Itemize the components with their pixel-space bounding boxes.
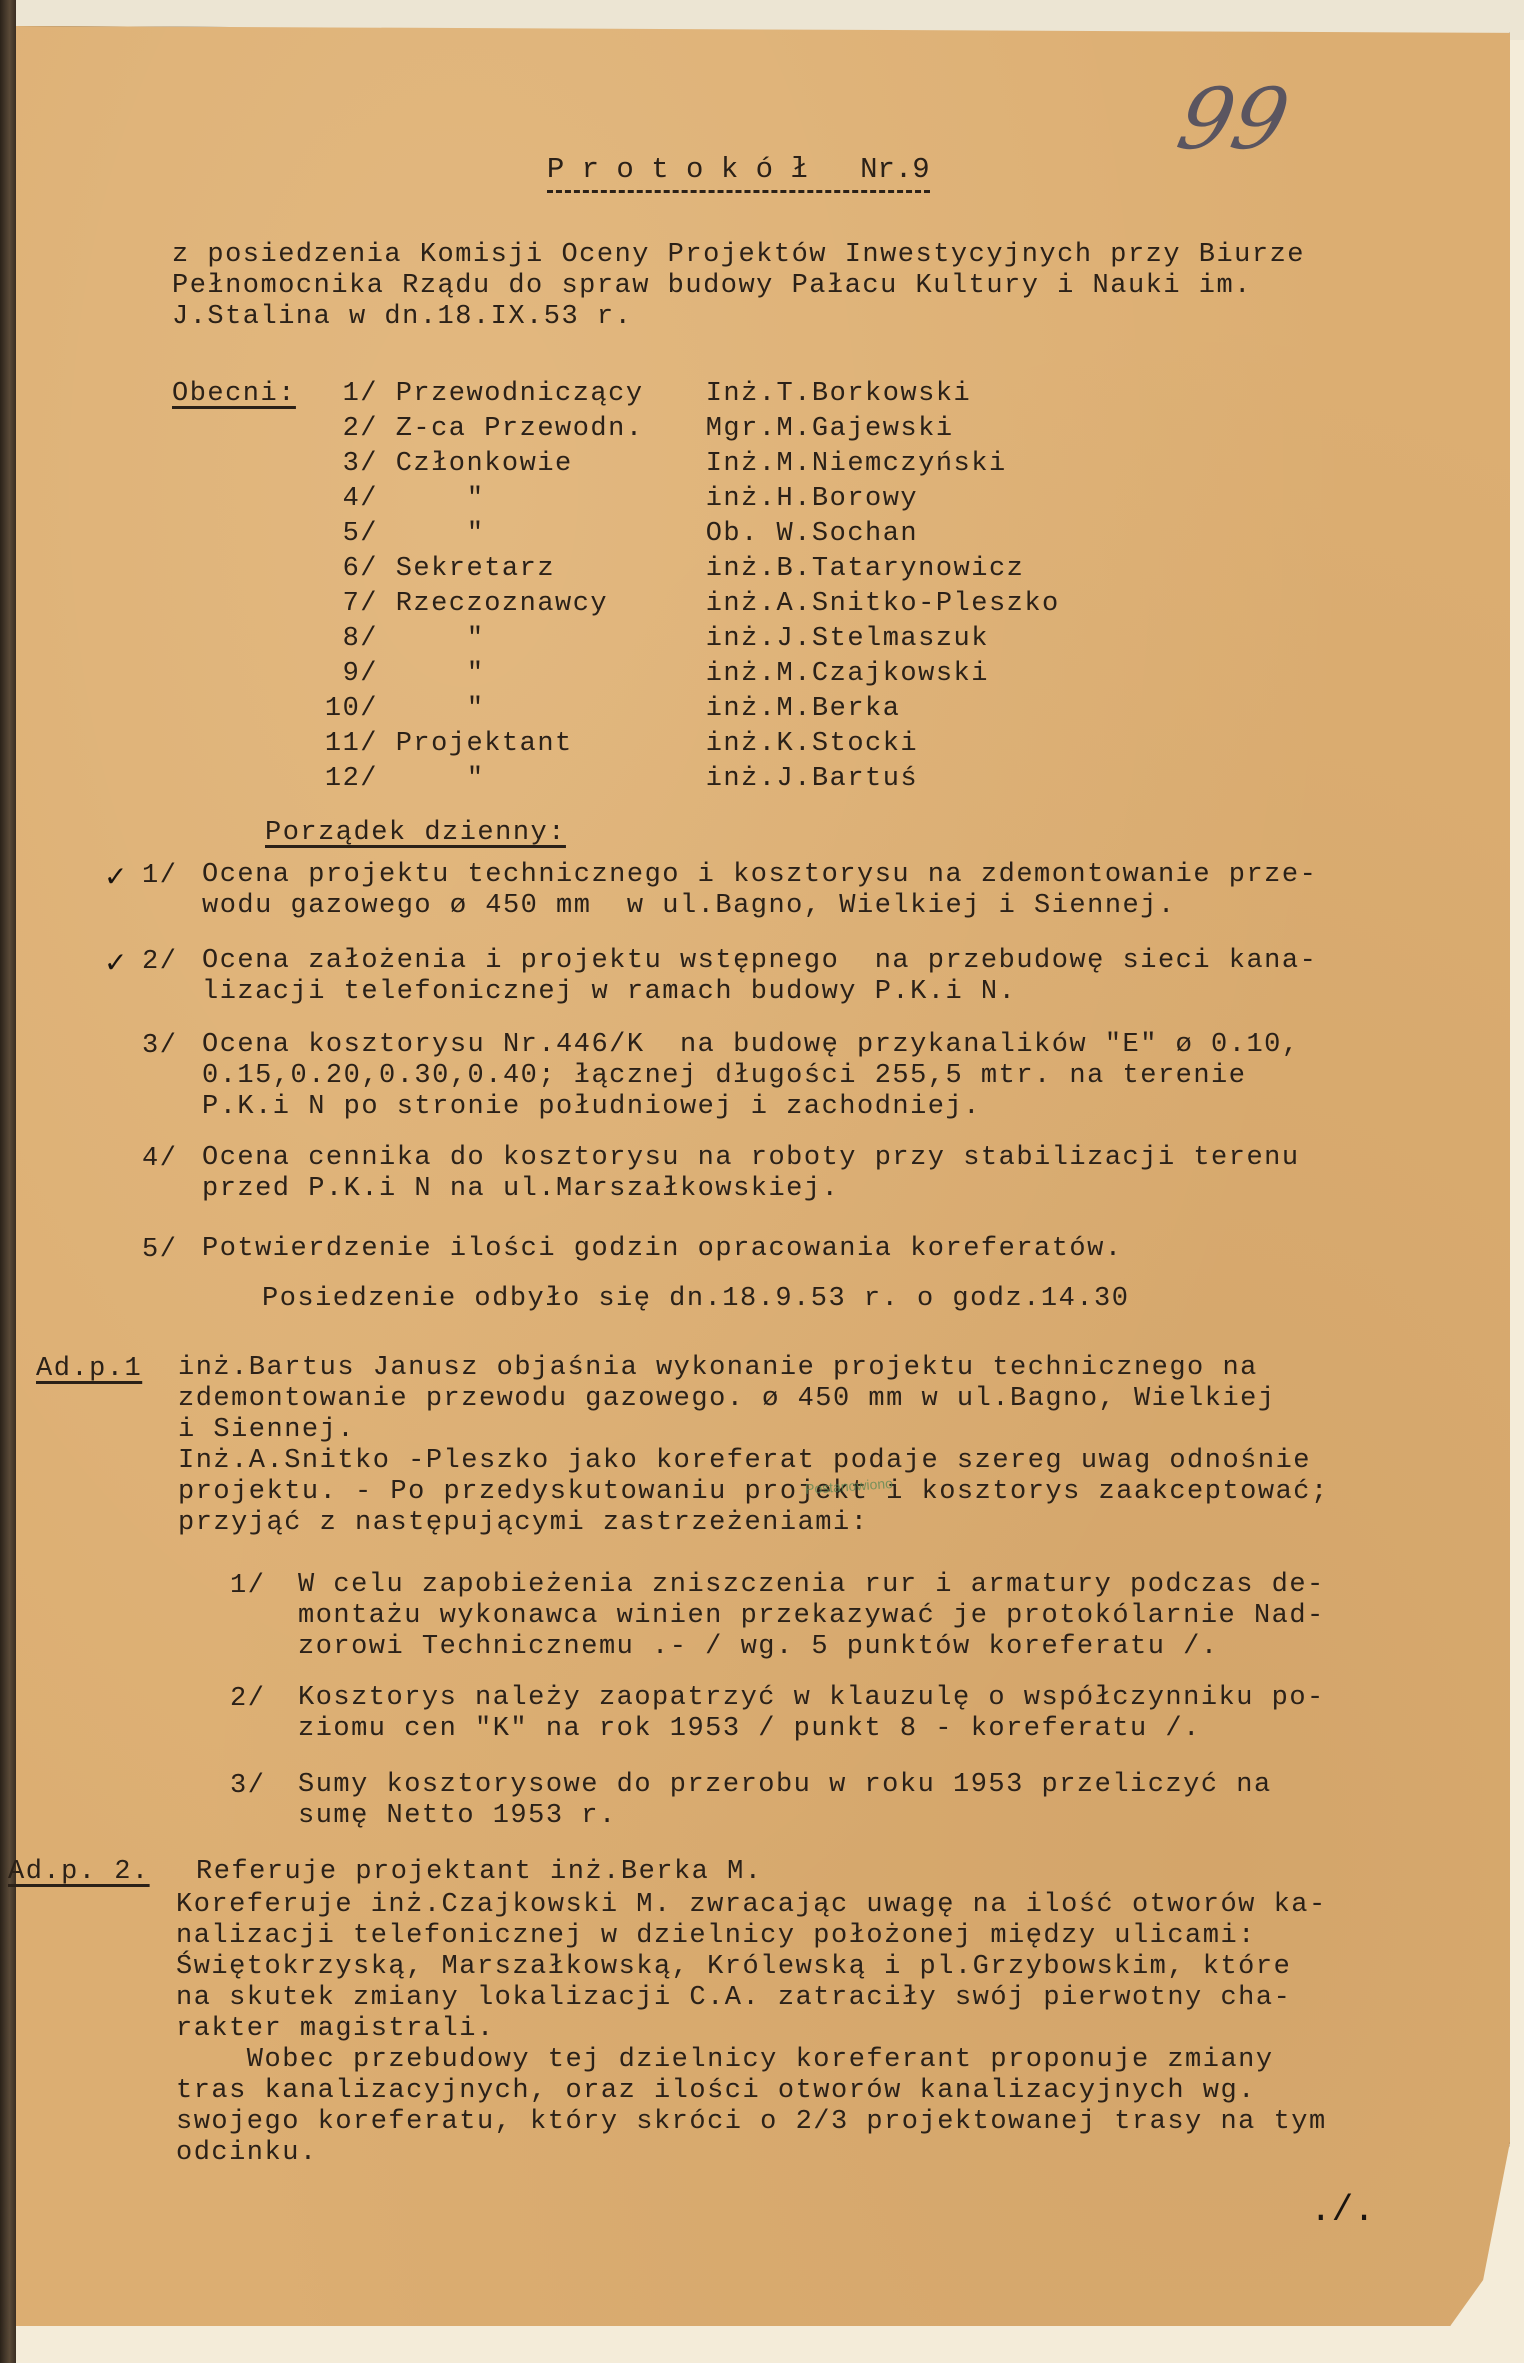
section-line: tras kanalizacyjnych, oraz ilości otworó…: [176, 2076, 1327, 2107]
agenda-line: 0.15,0.20,0.30,0.40; łącznej długości 25…: [202, 1061, 1300, 1092]
attendee-row: 2/ Z-ca Przewodn.Mgr.M.Gajewski: [322, 413, 954, 445]
checkmark-icon: ✓: [104, 860, 127, 893]
title-text: P r o t o k ó ł Nr.9: [547, 153, 930, 193]
attendee-row: 12/ "inż.J.Bartuś: [322, 763, 918, 795]
agenda-item-number: 5/: [142, 1234, 177, 1266]
checkmark-icon: ✓: [104, 946, 127, 979]
condition-2: Kosztorys należy zaopatrzyć w klauzulę o…: [298, 1683, 1325, 1745]
condition-line: sumę Netto 1953 r.: [298, 1801, 1272, 1832]
agenda-item-number: 3/: [142, 1030, 177, 1062]
attendee-row: 10/ "inż.M.Berka: [322, 693, 900, 725]
section-1-label: Ad.p.1: [36, 1353, 142, 1385]
condition-number: 2/: [230, 1683, 265, 1715]
attendee-row: 3/ CzłonkowieInż.M.Niemczyński: [322, 448, 1007, 480]
intro-line: J.Stalina w dn.18.IX.53 r.: [172, 302, 1305, 333]
section-line: projektu. - Po przedyskutowaniu projekt …: [178, 1477, 1329, 1508]
condition-3: Sumy kosztorysowe do przerobu w roku 195…: [298, 1770, 1272, 1832]
section-line: Świętokrzyską, Marszałkowską, Królewską …: [176, 1952, 1327, 1983]
section-line: swojego koreferatu, który skróci o 2/3 p…: [176, 2107, 1327, 2138]
section-line: odcinku.: [176, 2138, 1327, 2169]
attendees-label: Obecni:: [172, 378, 296, 410]
section-line: Inż.A.Snitko -Pleszko jako koreferat pod…: [178, 1446, 1329, 1477]
agenda-line: Ocena założenia i projektu wstępnego na …: [202, 946, 1317, 977]
agenda-item-number: 4/: [142, 1143, 177, 1175]
section-2-body: Koreferuje inż.Czajkowski M. zwracając u…: [176, 1890, 1327, 2169]
condition-number: 1/: [230, 1570, 265, 1602]
condition-line: Kosztorys należy zaopatrzyć w klauzulę o…: [298, 1683, 1325, 1714]
binder-spine: [0, 0, 16, 2363]
condition-line: Sumy kosztorysowe do przerobu w roku 195…: [298, 1770, 1272, 1801]
attendee-row: 6/ Sekretarzinż.B.Tatarynowicz: [322, 553, 1024, 585]
section-line: zdemontowanie przewodu gazowego. ø 450 m…: [178, 1384, 1329, 1415]
section-1-body: inż.Bartus Janusz objaśnia wykonanie pro…: [178, 1353, 1329, 1539]
document-title: P r o t o k ó ł Nr.9: [512, 122, 930, 186]
continuation-mark: ./.: [1310, 2190, 1375, 2231]
section-line: Wobec przebudowy tej dzielnicy koreferan…: [176, 2045, 1327, 2076]
condition-line: ziomu cen "K" na rok 1953 / punkt 8 - ko…: [298, 1714, 1325, 1745]
intro-line: Pełnomocnika Rządu do spraw budowy Pałac…: [172, 271, 1305, 302]
agenda-line: lizacji telefonicznej w ramach budowy P.…: [202, 977, 1317, 1008]
section-line: nalizacji telefonicznej w dzielnicy poło…: [176, 1921, 1327, 1952]
intro-paragraph: z posiedzenia Komisji Oceny Projektów In…: [172, 240, 1305, 333]
agenda-line: Ocena kosztorysu Nr.446/K na budowę przy…: [202, 1030, 1300, 1061]
agenda-line: przed P.K.i N na ul.Marszałkowskiej.: [202, 1174, 1300, 1205]
section-line: rakter magistrali.: [176, 2014, 1327, 2045]
agenda-line: Ocena projektu technicznego i kosztorysu…: [202, 860, 1317, 891]
agenda-item-2: Ocena założenia i projektu wstępnego na …: [202, 946, 1317, 1008]
agenda-item-number: 1/: [142, 860, 177, 892]
agenda-line: wodu gazowego ø 450 mm w ul.Bagno, Wielk…: [202, 891, 1317, 922]
condition-line: zorowi Technicznemu .- / wg. 5 punktów k…: [298, 1632, 1325, 1663]
attendee-row: 11/ Projektantinż.K.Stocki: [322, 728, 918, 760]
agenda-item-number: 2/: [142, 946, 177, 978]
section-2-first-line: Referuje projektant inż.Berka M.: [196, 1856, 762, 1888]
section-2-label: Ad.p. 2.: [8, 1856, 150, 1888]
attendee-row: 7/ Rzeczoznawcyinż.A.Snitko-Pleszko: [322, 588, 1060, 620]
condition-number: 3/: [230, 1770, 265, 1802]
agenda-line: Ocena cennika do kosztorysu na roboty pr…: [202, 1143, 1300, 1174]
agenda-item-3: Ocena kosztorysu Nr.446/K na budowę przy…: [202, 1030, 1300, 1123]
handwritten-page-number: 99: [1170, 70, 1298, 168]
agenda-label: Porządek dzienny:: [265, 817, 566, 849]
agenda-item-5: Potwierdzenie ilości godzin opracowania …: [202, 1234, 1123, 1265]
attendee-row: 4/ "inż.H.Borowy: [322, 483, 918, 515]
section-line: i Siennej.: [178, 1415, 1329, 1446]
agenda-line: Potwierdzenie ilości godzin opracowania …: [202, 1234, 1123, 1265]
attendee-row: 5/ "Ob. W.Sochan: [322, 518, 918, 550]
section-line: przyjąć z następującymi zastrzeżeniami:: [178, 1508, 1329, 1539]
agenda-line: P.K.i N po stronie południowej i zachodn…: [202, 1092, 1300, 1123]
meeting-time: Posiedzenie odbyło się dn.18.9.53 r. o g…: [262, 1283, 1129, 1315]
section-line: Koreferuje inż.Czajkowski M. zwracając u…: [176, 1890, 1327, 1921]
attendee-row: 8/ "inż.J.Stelmaszuk: [322, 623, 989, 655]
condition-1: W celu zapobieżenia zniszczenia rur i ar…: [298, 1570, 1325, 1663]
agenda-item-1: Ocena projektu technicznego i kosztorysu…: [202, 860, 1317, 922]
attendee-row: 1/ PrzewodniczącyInż.T.Borkowski: [322, 378, 971, 410]
condition-line: W celu zapobieżenia zniszczenia rur i ar…: [298, 1570, 1325, 1601]
condition-line: montażu wykonawca winien przekazywać je …: [298, 1601, 1325, 1632]
section-line: inż.Bartus Janusz objaśnia wykonanie pro…: [178, 1353, 1329, 1384]
intro-line: z posiedzenia Komisji Oceny Projektów In…: [172, 240, 1305, 271]
section-line: na skutek zmiany lokalizacji C.A. zatrac…: [176, 1983, 1327, 2014]
agenda-item-4: Ocena cennika do kosztorysu na roboty pr…: [202, 1143, 1300, 1205]
attendee-row: 9/ "inż.M.Czajkowski: [322, 658, 989, 690]
